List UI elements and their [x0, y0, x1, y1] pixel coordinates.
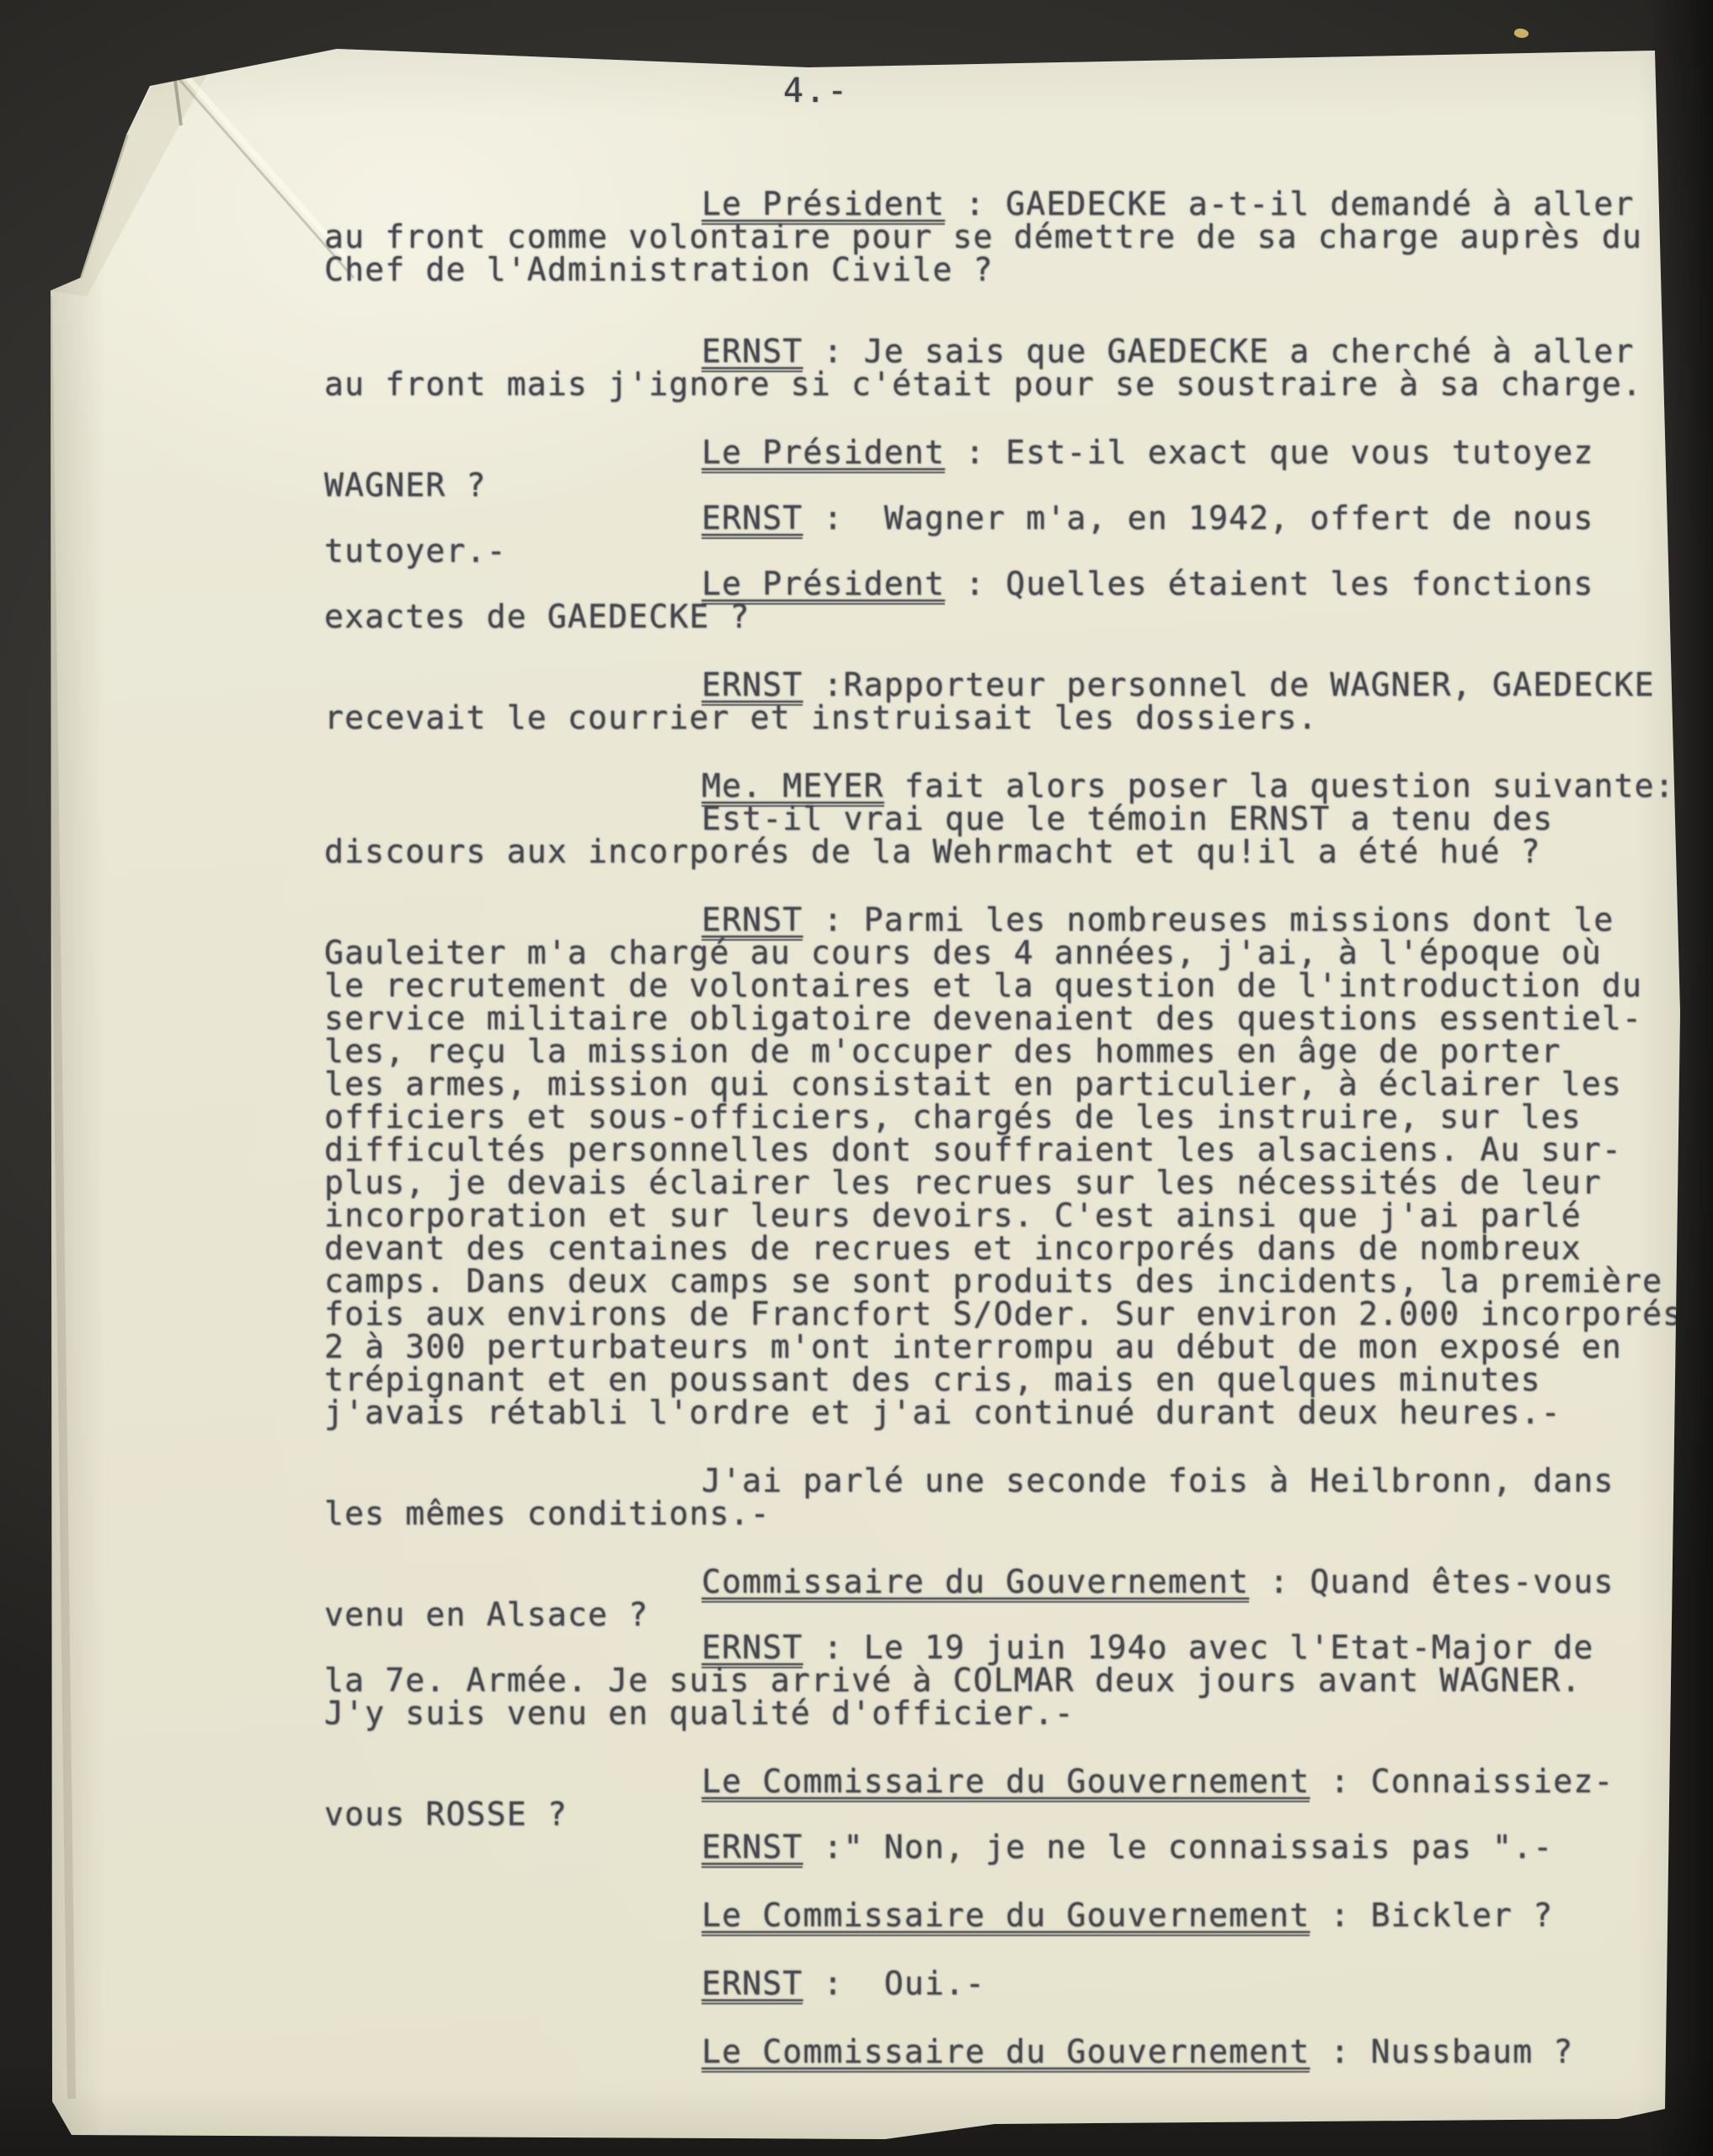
text-line: service militaire obligatoire devenaient… — [324, 1002, 1713, 1035]
paragraph: ERNST : Parmi les nombreuses missions do… — [324, 904, 1713, 1429]
text-line: Commissaire du Gouvernement : Quand êtes… — [702, 1566, 1713, 1598]
text-line: le recrutement de volontaires et la ques… — [324, 969, 1713, 1002]
paragraph: ERNST : Oui.- — [324, 1967, 1713, 2000]
text-line: devant des centaines de recrues et incor… — [324, 1232, 1713, 1265]
text-line: les mêmes conditions.- — [324, 1497, 1713, 1530]
text-segment: tutoyer.- — [324, 532, 507, 569]
text-segment: : Wagner m'a, en 1942, offert de nous — [803, 499, 1593, 536]
text-segment: Chef de l'Administration Civile ? — [324, 251, 994, 288]
text-line: discours aux incorporés de la Wehrmacht … — [324, 835, 1713, 868]
paragraph: Le Président : GAEDECKE a-t-il demandé à… — [324, 188, 1713, 286]
text-line: Le Président : GAEDECKE a-t-il demandé à… — [702, 188, 1713, 221]
text-segment: : Quand êtes-vous — [1249, 1563, 1614, 1600]
text-line: camps. Dans deux camps se sont produits … — [324, 1265, 1713, 1298]
text-segment: : Connaissiez- — [1310, 1763, 1614, 1800]
text-segment: officiers et sous-officiers, chargés de … — [324, 1098, 1582, 1135]
text-segment: : Parmi les nombreuses missions dont le — [803, 901, 1614, 938]
text-segment: camps. Dans deux camps se sont produits … — [324, 1262, 1662, 1299]
text-line: Le Président : Est-il exact que vous tut… — [702, 436, 1713, 469]
paragraph: ERNST : Je sais que GAEDECKE a cherché à… — [324, 335, 1713, 401]
text-segment: le recrutement de volontaires et la ques… — [324, 967, 1642, 1004]
paragraph: ERNST :Rapporteur personnel de WAGNER, G… — [324, 669, 1713, 734]
text-segment: 2 à 300 perturbateurs m'ont interrompu a… — [324, 1328, 1622, 1365]
text-segment: au front comme volontaire pour se démett… — [324, 218, 1642, 255]
text-segment: J'y suis venu en qualité d'officier.- — [324, 1694, 1075, 1732]
paragraph: ERNST : Wagner m'a, en 1942, offert de n… — [324, 502, 1713, 568]
text-line: 2 à 300 perturbateurs m'ont interrompu a… — [324, 1331, 1713, 1364]
text-line: au front mais j'ignore si c'était pour s… — [324, 368, 1713, 401]
text-line: officiers et sous-officiers, chargés de … — [324, 1101, 1713, 1134]
text-segment: : Oui.- — [803, 1965, 985, 2002]
paper-speck — [1513, 27, 1529, 40]
text-line: ERNST : Le 19 juin 194o avec l'Etat-Majo… — [702, 1631, 1713, 1664]
text-line: Gauleiter m'a chargé au cours des 4 anné… — [324, 937, 1713, 969]
paragraph: Le Président : Est-il exact que vous tut… — [324, 436, 1713, 502]
text-segment: discours aux incorporés de la Wehrmacht … — [324, 833, 1541, 870]
text-line: Le Commissaire du Gouvernement : Bickler… — [702, 1899, 1713, 1932]
speaker-name: Le Président — [702, 434, 945, 473]
text-segment: : Le 19 juin 194o avec l'Etat-Major de — [803, 1629, 1593, 1666]
text-line: J'y suis venu en qualité d'officier.- — [324, 1697, 1713, 1730]
text-segment: : Je sais que GAEDECKE a cherché à aller — [803, 333, 1634, 370]
text-line: Est-il vrai que le témoin ERNST a tenu d… — [702, 803, 1713, 835]
text-segment: vous ROSSE ? — [324, 1796, 568, 1833]
speaker-name: ERNST — [702, 1965, 803, 2004]
speaker-name: Le Commissaire du Gouvernement — [702, 2033, 1310, 2073]
text-line: Le Président : Quelles étaient les fonct… — [702, 568, 1713, 600]
text-segment: difficultés personnelles dont souffraien… — [324, 1131, 1622, 1168]
text-line: ERNST : Je sais que GAEDECKE a cherché à… — [702, 335, 1713, 368]
speaker-name: ERNST — [702, 499, 803, 539]
text-segment: les armes, mission qui consistait en par… — [324, 1065, 1622, 1102]
paragraph: Me. MEYER fait alors poser la question s… — [324, 770, 1713, 868]
text-segment: : Est-il exact que vous tutoyez — [945, 434, 1594, 471]
text-line: difficultés personnelles dont souffraien… — [324, 1134, 1713, 1166]
text-line: Me. MEYER fait alors poser la question s… — [702, 770, 1713, 803]
text-segment: la 7e. Armée. Je suis arrivé à COLMAR de… — [324, 1662, 1582, 1699]
text-segment: service militaire obligatoire devenaient… — [324, 1000, 1642, 1037]
text-segment: : Nussbaum ? — [1310, 2033, 1573, 2070]
text-segment: j'avais rétabli l'ordre et j'ai continué… — [324, 1394, 1561, 1431]
text-segment: J'ai parlé une seconde fois à Heilbronn,… — [702, 1462, 1614, 1499]
text-line: exactes de GAEDECKE ? — [324, 600, 1713, 633]
text-segment: devant des centaines de recrues et incor… — [324, 1230, 1582, 1267]
paragraph: Le Commissaire du Gouvernement : Nussbau… — [324, 2036, 1713, 2068]
text-line: ERNST : Parmi les nombreuses missions do… — [702, 904, 1713, 937]
text-line: ERNST :Rapporteur personnel de WAGNER, G… — [702, 669, 1713, 702]
text-segment: : Quelles étaient les fonctions — [945, 565, 1594, 602]
text-segment: :" Non, je ne le connaissais pas ".- — [803, 1828, 1553, 1865]
text-line: la 7e. Armée. Je suis arrivé à COLMAR de… — [324, 1664, 1713, 1697]
text-segment: les mêmes conditions.- — [324, 1495, 771, 1532]
speaker-name: Commissaire du Gouvernement — [702, 1563, 1249, 1603]
paragraph: Le Président : Quelles étaient les fonct… — [324, 568, 1713, 633]
text-segment: incorporation et sur leurs devoirs. C'es… — [324, 1197, 1582, 1234]
paragraph: Le Commissaire du Gouvernement : Bickler… — [324, 1899, 1713, 1932]
scanned-document-view: 4.- Le Président : GAEDECKE a-t-il deman… — [0, 0, 1713, 2156]
text-segment: Gauleiter m'a chargé au cours des 4 anné… — [324, 934, 1602, 971]
text-segment: : GAEDECKE a-t-il demandé à aller — [945, 185, 1635, 222]
text-segment: venu en Alsace ? — [324, 1596, 648, 1633]
paragraph: ERNST :" Non, je ne le connaissais pas "… — [324, 1831, 1713, 1864]
text-segment: exactes de GAEDECKE ? — [324, 598, 750, 635]
text-segment: recevait le courrier et instruisait les … — [324, 699, 1318, 736]
paragraph: Commissaire du Gouvernement : Quand êtes… — [324, 1566, 1713, 1631]
text-line: ERNST :" Non, je ne le connaissais pas "… — [702, 1831, 1713, 1864]
text-line: recevait le courrier et instruisait les … — [324, 702, 1713, 734]
text-line: venu en Alsace ? — [324, 1598, 1713, 1631]
text-line: les armes, mission qui consistait en par… — [324, 1068, 1713, 1101]
text-segment: : Bickler ? — [1310, 1897, 1553, 1934]
text-line: WAGNER ? — [324, 469, 1713, 502]
text-line: ERNST : Wagner m'a, en 1942, offert de n… — [702, 502, 1713, 535]
document-page: 4.- Le Président : GAEDECKE a-t-il deman… — [46, 44, 1684, 2145]
text-segment: trépignant et en poussant des cris, mais… — [324, 1361, 1541, 1398]
text-segment: fait alors poser la question suivante: — [884, 767, 1675, 804]
text-line: trépignant et en poussant des cris, mais… — [324, 1364, 1713, 1396]
text-line: Le Commissaire du Gouvernement : Connais… — [702, 1765, 1713, 1798]
text-segment: plus, je devais éclairer les recrues sur… — [324, 1164, 1602, 1201]
text-segment: les, reçu la mission de m'occuper des ho… — [324, 1033, 1561, 1070]
text-line: j'avais rétabli l'ordre et j'ai continué… — [324, 1396, 1713, 1429]
text-line: vous ROSSE ? — [324, 1798, 1713, 1831]
text-line: plus, je devais éclairer les recrues sur… — [324, 1166, 1713, 1199]
speaker-name: Le Commissaire du Gouvernement — [702, 1897, 1310, 1936]
text-line: ERNST : Oui.- — [702, 1967, 1713, 2000]
text-segment: :Rapporteur personnel de WAGNER, GAEDECK… — [803, 666, 1654, 703]
document-text: Le Président : GAEDECKE a-t-il demandé à… — [324, 188, 1713, 2068]
text-line: incorporation et sur leurs devoirs. C'es… — [324, 1199, 1713, 1232]
text-line: les, reçu la mission de m'occuper des ho… — [324, 1035, 1713, 1068]
speaker-name: ERNST — [702, 1828, 803, 1868]
text-segment: Est-il vrai que le témoin ERNST a tenu d… — [702, 800, 1553, 837]
page-number: 4.- — [783, 72, 849, 110]
text-line: au front comme volontaire pour se démett… — [324, 221, 1713, 253]
paragraph: Le Commissaire du Gouvernement : Connais… — [324, 1765, 1713, 1831]
text-line: Chef de l'Administration Civile ? — [324, 253, 1713, 286]
text-line: J'ai parlé une seconde fois à Heilbronn,… — [702, 1465, 1713, 1497]
text-segment: au front mais j'ignore si c'était pour s… — [324, 366, 1642, 403]
paragraph: J'ai parlé une seconde fois à Heilbronn,… — [324, 1465, 1713, 1530]
text-line: fois aux environs de Francfort S/Oder. S… — [324, 1298, 1713, 1331]
text-segment: WAGNER ? — [324, 467, 487, 504]
paragraph: ERNST : Le 19 juin 194o avec l'Etat-Majo… — [324, 1631, 1713, 1730]
text-line: tutoyer.- — [324, 535, 1713, 568]
text-segment: fois aux environs de Francfort S/Oder. S… — [324, 1295, 1683, 1332]
speaker-name: Le Commissaire du Gouvernement — [702, 1763, 1310, 1802]
text-line: Le Commissaire du Gouvernement : Nussbau… — [702, 2036, 1713, 2068]
